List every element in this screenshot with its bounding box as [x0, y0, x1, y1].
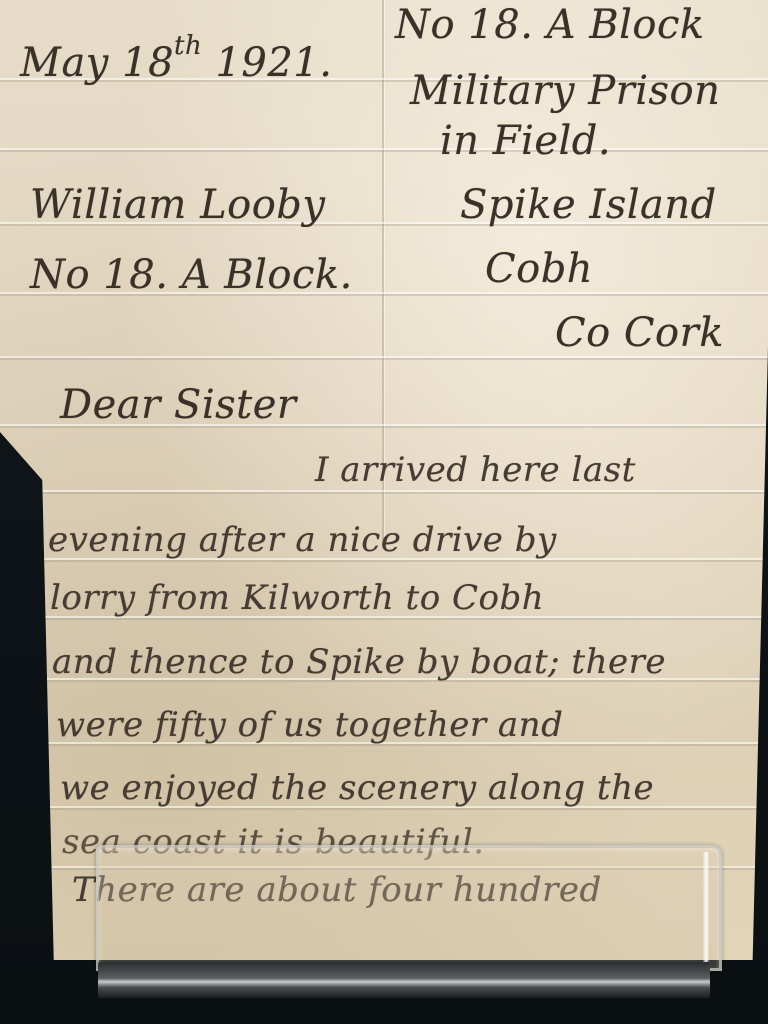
ruled-line	[0, 148, 768, 150]
salutation: Dear Sister	[60, 382, 297, 428]
body-line: lorry from Kilworth to Cobh	[50, 578, 544, 618]
address-line-5: Cobh	[485, 246, 593, 292]
letter-date: May 18th 1921.	[20, 40, 332, 86]
body-line: we enjoyed the scenery along the	[60, 768, 654, 808]
date-year: 1921.	[215, 40, 332, 86]
date-suffix: th	[174, 31, 202, 61]
body-line: evening after a nice drive by	[48, 520, 557, 560]
date-day: May 18	[20, 40, 174, 86]
body-line: were fifty of us together and	[56, 705, 563, 745]
address-line-4: Spike Island	[460, 182, 717, 228]
sender-location: No 18. A Block.	[30, 252, 353, 298]
address-line-6: Co Cork	[555, 310, 724, 356]
body-line: and thence to Spike by boat; there	[52, 642, 666, 682]
body-line: I arrived here last	[315, 450, 636, 490]
acrylic-stand-base	[98, 962, 710, 998]
museum-display-scene: May 18th 1921. William Looby No 18. A Bl…	[0, 0, 768, 1024]
acrylic-stand-highlight	[703, 852, 709, 962]
address-line-3: in Field.	[440, 118, 611, 164]
address-line-2: Military Prison	[410, 68, 720, 114]
sender-name: William Looby	[30, 182, 326, 228]
acrylic-display-stand	[96, 845, 722, 971]
address-line-1: No 18. A Block	[395, 2, 705, 48]
ruled-line	[0, 356, 768, 358]
ruled-line	[0, 490, 768, 492]
